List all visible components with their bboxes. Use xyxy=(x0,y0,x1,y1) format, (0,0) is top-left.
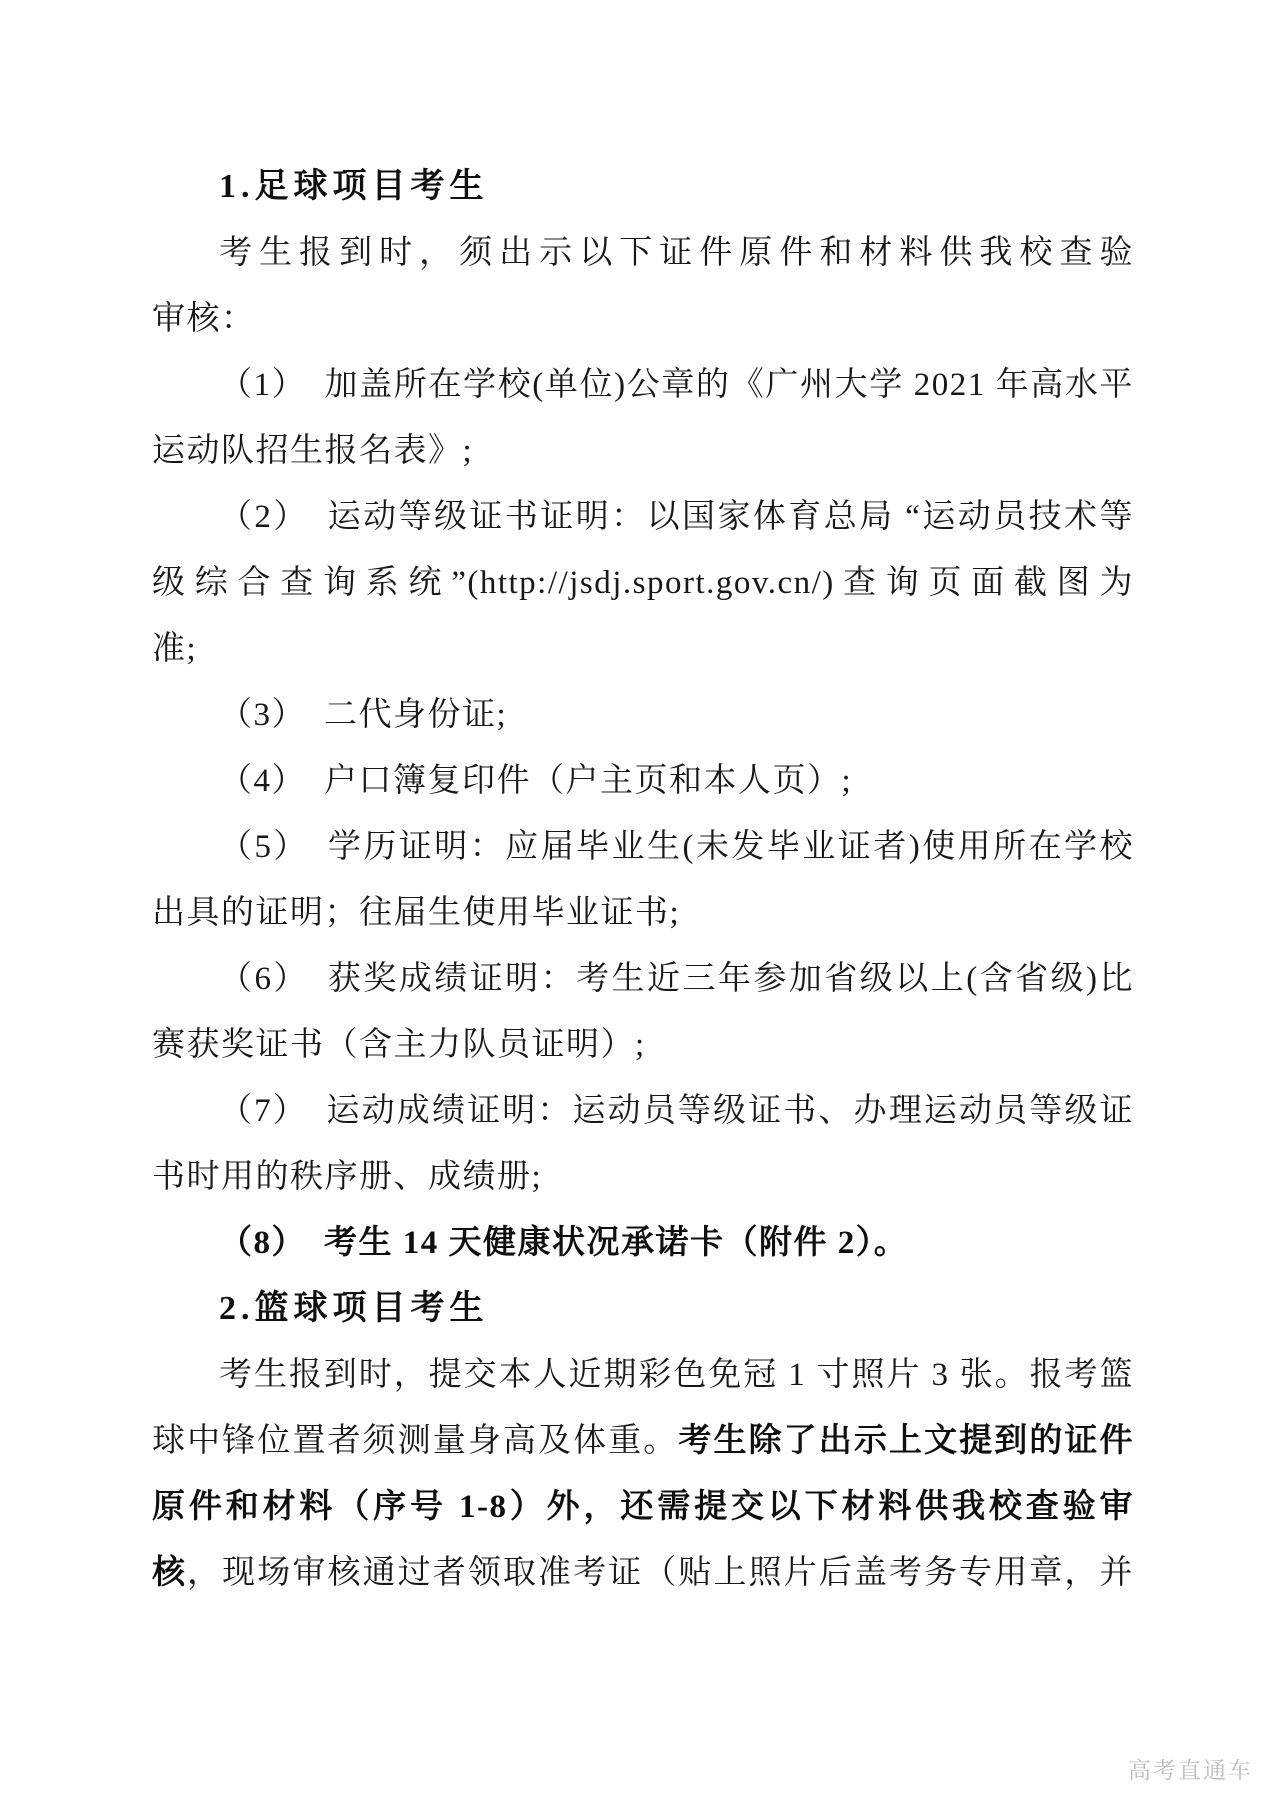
document-line: 考生报到时，提交本人近期彩色免冠 1 寸照片 3 张。报考篮 xyxy=(152,1342,1134,1408)
line-text: 赛获奖证书（含主力队员证明）; xyxy=(152,1027,646,1063)
line-text: （5） 学历证明：应届毕业生(未发毕业证者)使用所在学校 xyxy=(219,829,1134,865)
line-text: 核 xyxy=(152,1555,187,1591)
line-text: 运动队招生报名表》; xyxy=(152,433,473,469)
line-text: 审核： xyxy=(152,301,256,337)
line-text: （6） 获奖成绩证明：考生近三年参加省级以上(含省级)比 xyxy=(219,961,1134,997)
document-line: （6） 获奖成绩证明：考生近三年参加省级以上(含省级)比 xyxy=(152,946,1134,1012)
document-line: 球中锋位置者须测量身高及体重。考生除了出示上文提到的证件 xyxy=(152,1408,1134,1474)
line-text: 1.足球项目考生 xyxy=(219,168,489,205)
line-text: （2） 运动等级证书证明：以国家体育总局 “运动员技术等 xyxy=(219,499,1134,535)
document-line: 考生报到时，须出示以下证件原件和材料供我校查验 xyxy=(152,220,1134,286)
document-line: 赛获奖证书（含主力队员证明）; xyxy=(152,1012,1134,1078)
line-text: 出具的证明；往届生使用毕业证书; xyxy=(152,895,680,931)
line-text: 考生报到时，提交本人近期彩色免冠 1 寸照片 3 张。报考篮 xyxy=(219,1357,1134,1393)
line-text: （8） 考生 14 天健康状况承诺卡（附件 2）。 xyxy=(219,1225,908,1261)
line-text: 2.篮球项目考生 xyxy=(219,1290,489,1327)
line-text: 准; xyxy=(152,631,197,667)
document-page: 1.足球项目考生考生报到时，须出示以下证件原件和材料供我校查验审核：（1） 加盖… xyxy=(0,0,1280,1810)
document-line: 书时用的秩序册、成绩册; xyxy=(152,1144,1134,1210)
document-line: （1） 加盖所在学校(单位)公章的《广州大学 2021 年高水平 xyxy=(152,352,1134,418)
line-text: 考生除了出示上文提到的证件 xyxy=(678,1423,1134,1459)
document-line: （5） 学历证明：应届毕业生(未发毕业证者)使用所在学校 xyxy=(152,814,1134,880)
document-body: 1.足球项目考生考生报到时，须出示以下证件原件和材料供我校查验审核：（1） 加盖… xyxy=(152,154,1134,1606)
document-line: 准; xyxy=(152,616,1134,682)
line-text: 书时用的秩序册、成绩册; xyxy=(152,1159,542,1195)
section-heading: 2.篮球项目考生 xyxy=(152,1276,1134,1342)
line-text: （1） 加盖所在学校(单位)公章的《广州大学 2021 年高水平 xyxy=(219,367,1134,403)
document-line: （4） 户口簿复印件（户主页和本人页）; xyxy=(152,748,1134,814)
document-line: （8） 考生 14 天健康状况承诺卡（附件 2）。 xyxy=(152,1210,1134,1276)
document-line: （3） 二代身份证; xyxy=(152,682,1134,748)
watermark-label: 高考直通车 xyxy=(1128,1752,1253,1785)
document-line: 运动队招生报名表》; xyxy=(152,418,1134,484)
line-text: （4） 户口簿复印件（户主页和本人页）; xyxy=(219,763,852,799)
line-text: 原件和材料（序号 1-8）外，还需提交以下材料供我校查验审 xyxy=(152,1489,1134,1525)
line-text: ，现场审核通过者领取准考证（贴上照片后盖考务专用章，并 xyxy=(187,1555,1134,1591)
document-line: 级综合查询系统”(http://jsdj.sport.gov.cn/)查询页面截… xyxy=(152,550,1134,616)
document-line: 核，现场审核通过者领取准考证（贴上照片后盖考务专用章，并 xyxy=(152,1540,1134,1606)
document-line: （7） 运动成绩证明：运动员等级证书、办理运动员等级证 xyxy=(152,1078,1134,1144)
line-text: 考生报到时，须出示以下证件原件和材料供我校查验 xyxy=(219,235,1134,271)
line-text: 级综合查询系统”(http://jsdj.sport.gov.cn/)查询页面截… xyxy=(152,565,1134,601)
document-line: 出具的证明；往届生使用毕业证书; xyxy=(152,880,1134,946)
document-line: 审核： xyxy=(152,286,1134,352)
document-line: 原件和材料（序号 1-8）外，还需提交以下材料供我校查验审 xyxy=(152,1474,1134,1540)
document-line: （2） 运动等级证书证明：以国家体育总局 “运动员技术等 xyxy=(152,484,1134,550)
line-text: （3） 二代身份证; xyxy=(219,697,507,733)
line-text: 球中锋位置者须测量身高及体重。 xyxy=(152,1423,678,1459)
line-text: （7） 运动成绩证明：运动员等级证书、办理运动员等级证 xyxy=(219,1093,1134,1129)
section-heading: 1.足球项目考生 xyxy=(152,154,1134,220)
